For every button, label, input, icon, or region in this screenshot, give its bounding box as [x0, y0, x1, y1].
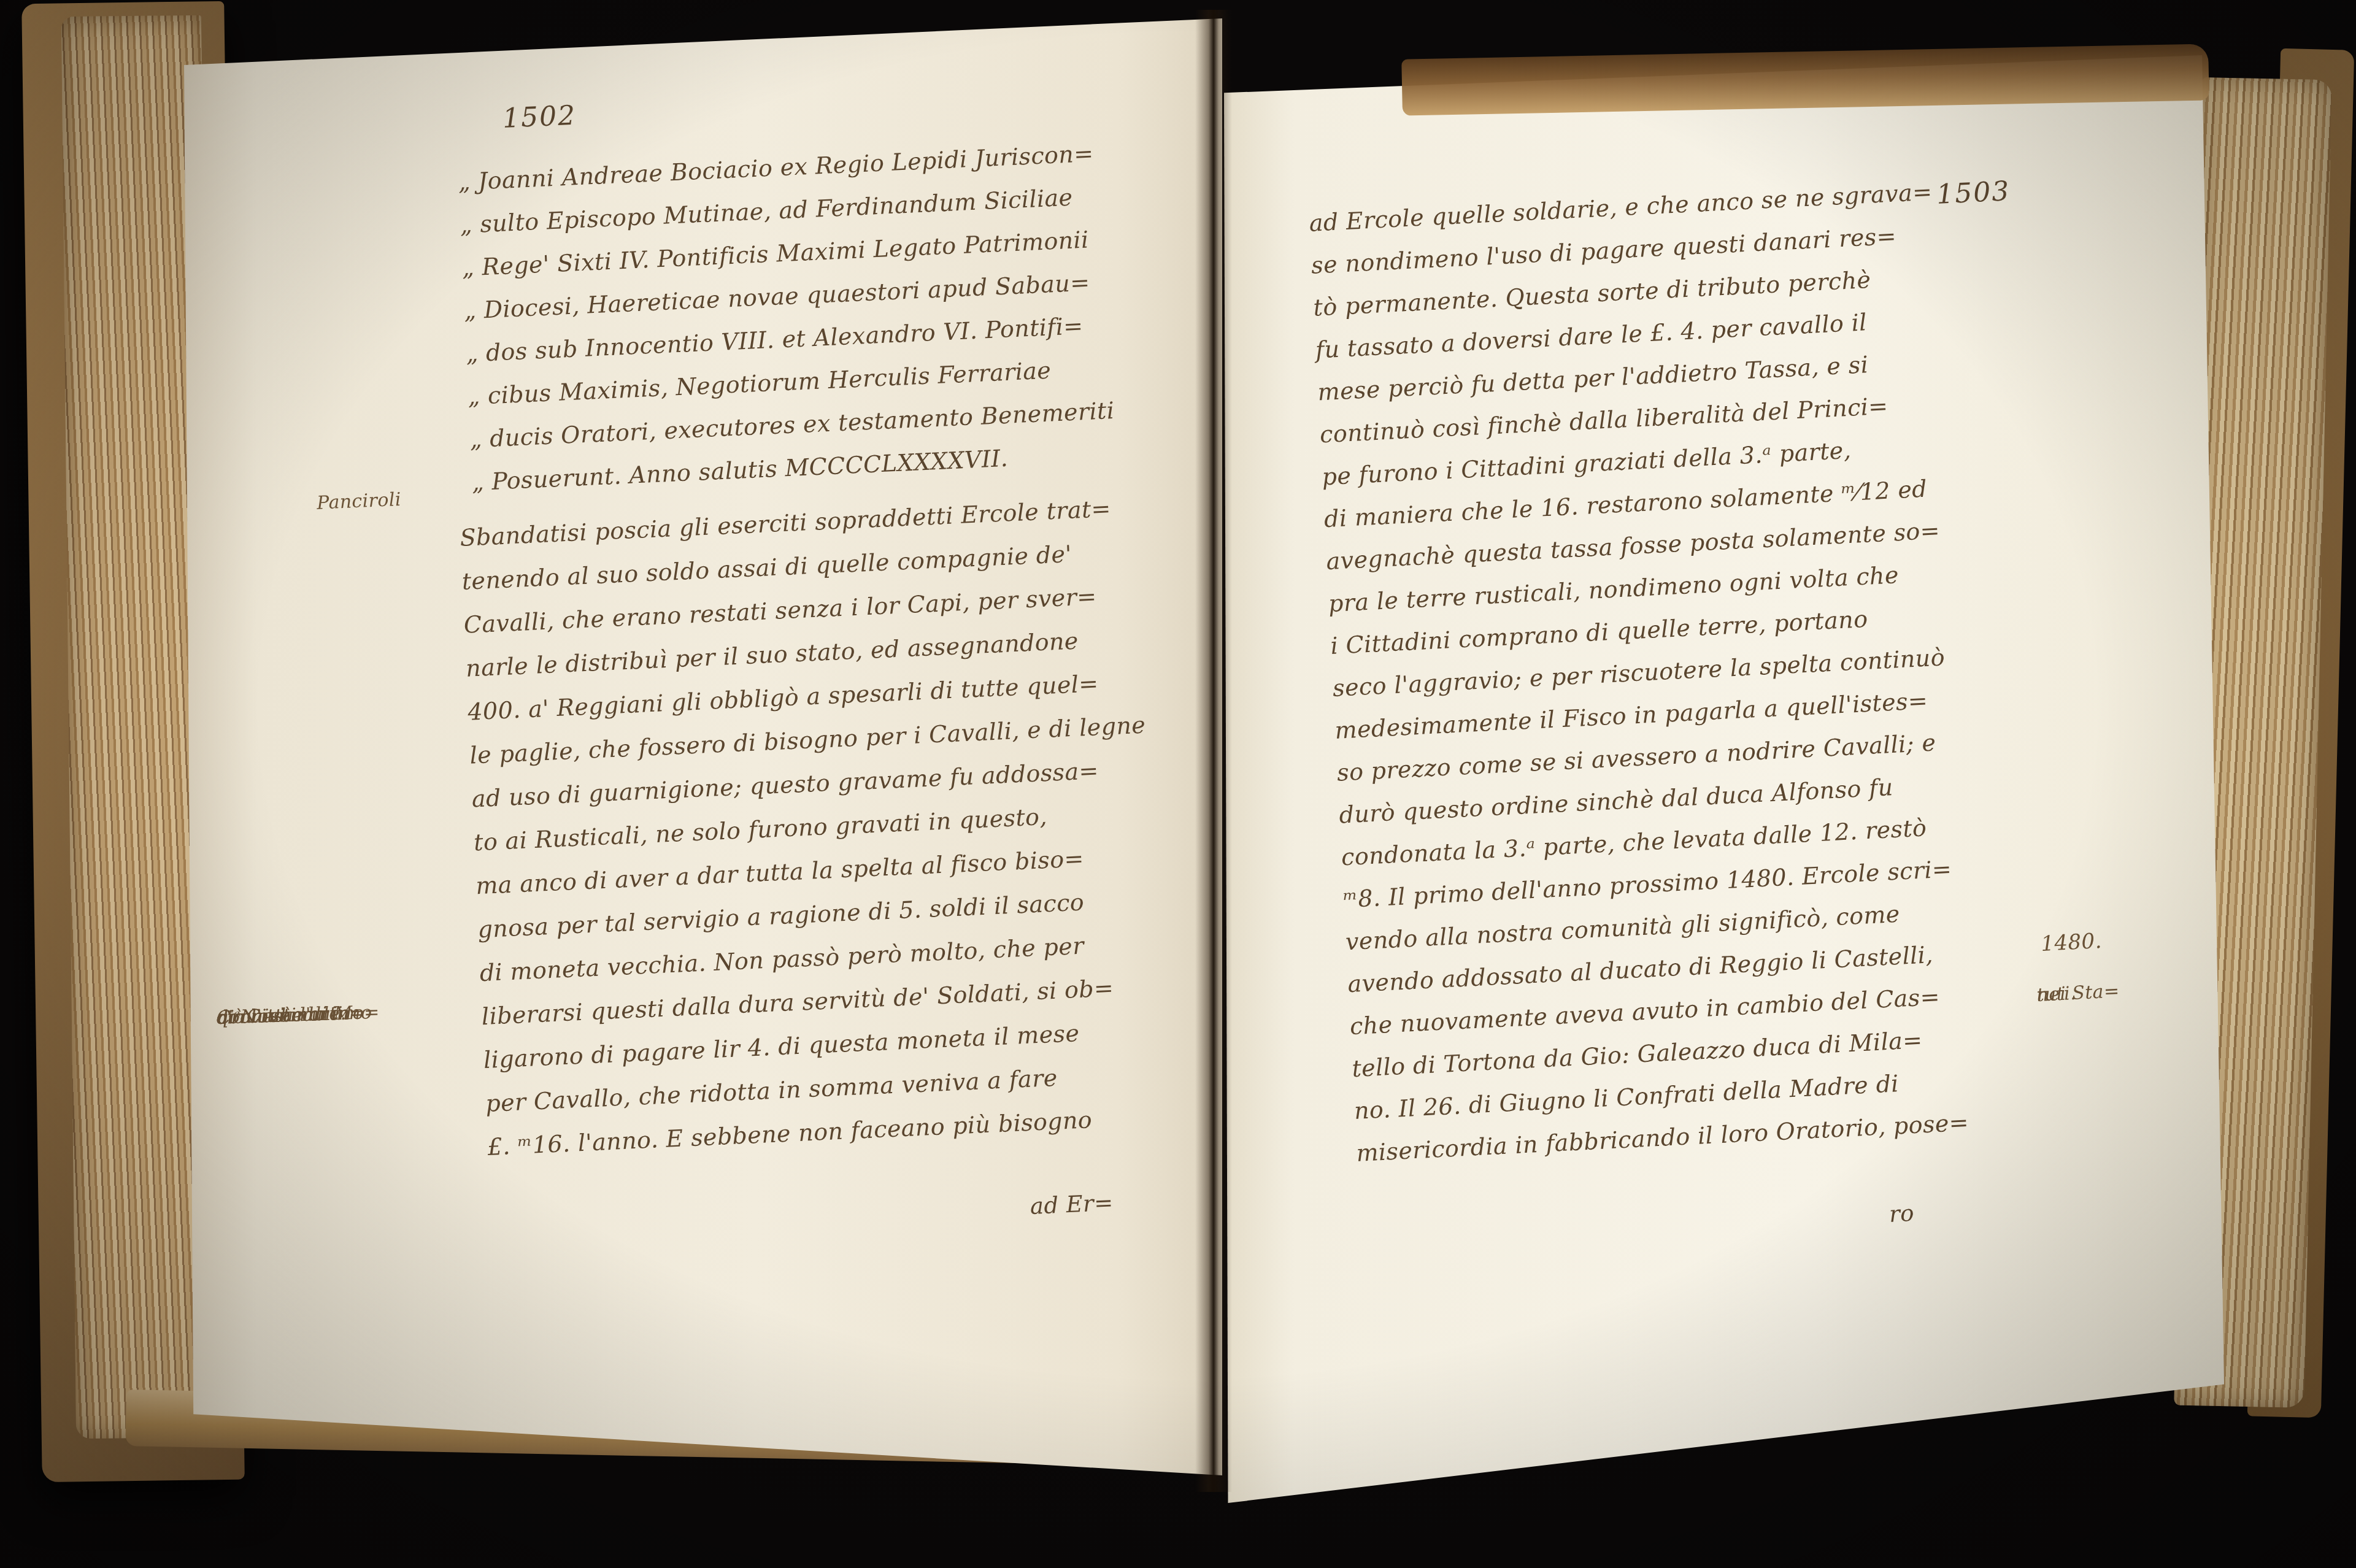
text-line: di Novembre. [216, 997, 347, 1035]
gutter-shadow [1195, 10, 1232, 1492]
left-body-block: Sbandatisi poscia gli eserciti sopraddet… [459, 486, 1165, 1169]
margin-note-panciroli: Panciroli [316, 483, 402, 520]
left-page-number: 1502 [502, 100, 577, 134]
text-line: tuti. [2036, 975, 2077, 1015]
right-body-block: ad Ercole quelle soldarie, e che anco se… [1308, 171, 1981, 1175]
right-page-number: 1503 [1936, 175, 2011, 210]
margin-note-year: 1480. [2040, 924, 2103, 961]
left-catchword: ad Er= [1030, 1189, 1114, 1220]
right-catchword: ro [1888, 1200, 1915, 1228]
left-quote-block: „ Joanni Andreae Bociacio ex Regio Lepid… [457, 131, 1117, 504]
manuscript-photo: 1502 „ Joanni Andreae Bociacio ex Regio … [0, 0, 2356, 1568]
